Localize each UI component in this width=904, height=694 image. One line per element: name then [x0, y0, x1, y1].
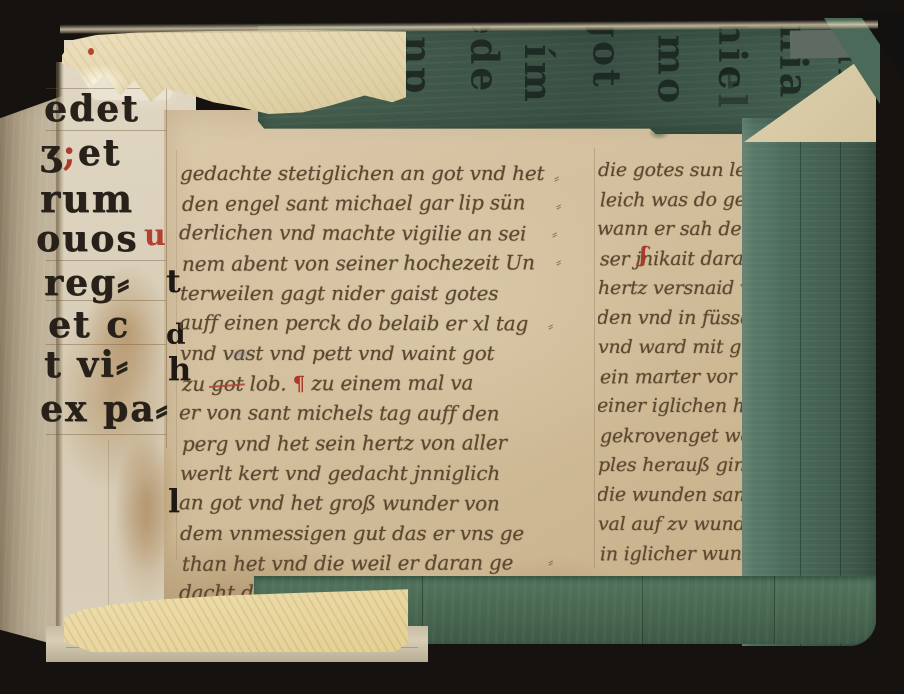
text-line: val auf zv wunden ge — [598, 510, 764, 540]
pilcrow-icon: ¶ — [293, 371, 306, 395]
line-filler: ⸗ — [548, 316, 553, 336]
line-filler: ⸗ — [556, 196, 561, 216]
text-line: hertz versnaid vnd se — [598, 274, 764, 304]
text-line: den vnd in füssen vnd — [598, 303, 763, 333]
text-line: die gotes sun leid den d — [598, 156, 764, 186]
manuscript-photo: t edet ʒ;et rum ouos reg⸗ et c t vi⸗ ex … — [0, 0, 904, 694]
text-part: lob. — [243, 371, 292, 395]
red-punctuation: ; — [62, 132, 77, 174]
cloth-crease — [800, 118, 801, 646]
text-line: than het vnd die weil er daran ge — [182, 547, 582, 579]
spine-fragment-line: ouos — [36, 218, 138, 260]
text-line: gedachte stetiglichen an got vnd het — [180, 158, 580, 188]
line-filler: ⸗ — [548, 552, 553, 572]
text-line-with-correction: zu got lob. ¶ zu einem mal va — [182, 367, 582, 399]
line-filler: ⸗ — [552, 224, 557, 244]
text-line: er von sant michels tag auff den — [179, 397, 579, 428]
text-line: auff einen perck do belaib er xl tag — [179, 307, 579, 338]
showthrough-glyph: mo — [649, 35, 694, 107]
text-line: ein marter vor got vn — [600, 362, 764, 392]
text-line: vnd ward mit grossen — [598, 333, 764, 363]
text-line: gekrovenget wer denn — [600, 421, 764, 451]
text-column-left: gedachte stetiglichen an got vnd het den… — [180, 158, 580, 608]
fragment-text: ʒ — [40, 132, 62, 174]
text-line: vnd vast vnd pett vnd waint got — [180, 338, 580, 368]
text-line: terweilen gagt nider gaist gotes — [180, 278, 580, 308]
cloth-crease — [840, 118, 841, 646]
text-line: den engel sant michael gar lip sün — [182, 187, 582, 219]
text-line: leich was do geschah en — [600, 185, 764, 215]
text-line: wann er sah den engel — [598, 215, 763, 245]
showthrough-glyph: got — [585, 26, 630, 90]
text-part: zu — [182, 372, 211, 396]
text-line: die wunden sam der m — [598, 480, 763, 510]
struck-word: got — [211, 372, 243, 396]
red-paraph-mark: u — [144, 218, 167, 253]
ruling-line — [46, 130, 166, 131]
fragment-text: et — [78, 132, 122, 174]
text-line: an got vnd het groß wunder von — [179, 487, 579, 518]
spine-fragment-line: t vi⸗ — [44, 344, 130, 386]
line-filler: ⸗ — [554, 168, 559, 188]
red-ink-dot — [88, 48, 94, 55]
green-cloth-right — [742, 118, 876, 646]
gutter-ruling — [594, 148, 595, 568]
spine-fragment-line: et c — [48, 304, 130, 346]
letter-fragment: t — [166, 262, 181, 300]
text-line: perg vnd het sein hertz von aller — [182, 427, 582, 459]
text-column-right: die gotes sun leid den d leich was do ge… — [598, 156, 764, 569]
text-line: in iglicher wunden wa — [600, 539, 764, 569]
ruling-line — [46, 260, 166, 261]
showthrough-glyph: el — [710, 66, 755, 111]
spine-fragment-line: edet — [44, 88, 140, 130]
text-line: ples herauß ging v — [598, 451, 764, 481]
showthrough-glyph: ede — [462, 26, 507, 94]
text-line: dem vnmessigen gut das er vns ge — [180, 518, 580, 548]
text-line: werlt kert vnd gedacht jnniglich — [180, 458, 580, 488]
showthrough-glyph: ím — [516, 44, 561, 105]
text-line: ser jnikait daran das — [600, 244, 764, 274]
spine-fragment-line: reg⸗ — [44, 262, 131, 304]
text-line: derlichen vnd machte vigilie an sei — [179, 217, 579, 248]
spine-fragment-line: ʒ;et — [40, 132, 121, 174]
spine-fragment-line: ex pa⸗ — [40, 388, 169, 430]
line-filler: ⸗ — [556, 252, 561, 272]
cloth-crease — [774, 576, 775, 644]
cloth-crease — [642, 576, 643, 644]
spine-fragment-line: rum — [40, 176, 134, 221]
text-part: zu einem mal va — [305, 371, 473, 396]
text-line: nem abent von seiner hochezeit Un — [182, 247, 582, 279]
text-line: einer iglichen haut von — [598, 392, 763, 422]
